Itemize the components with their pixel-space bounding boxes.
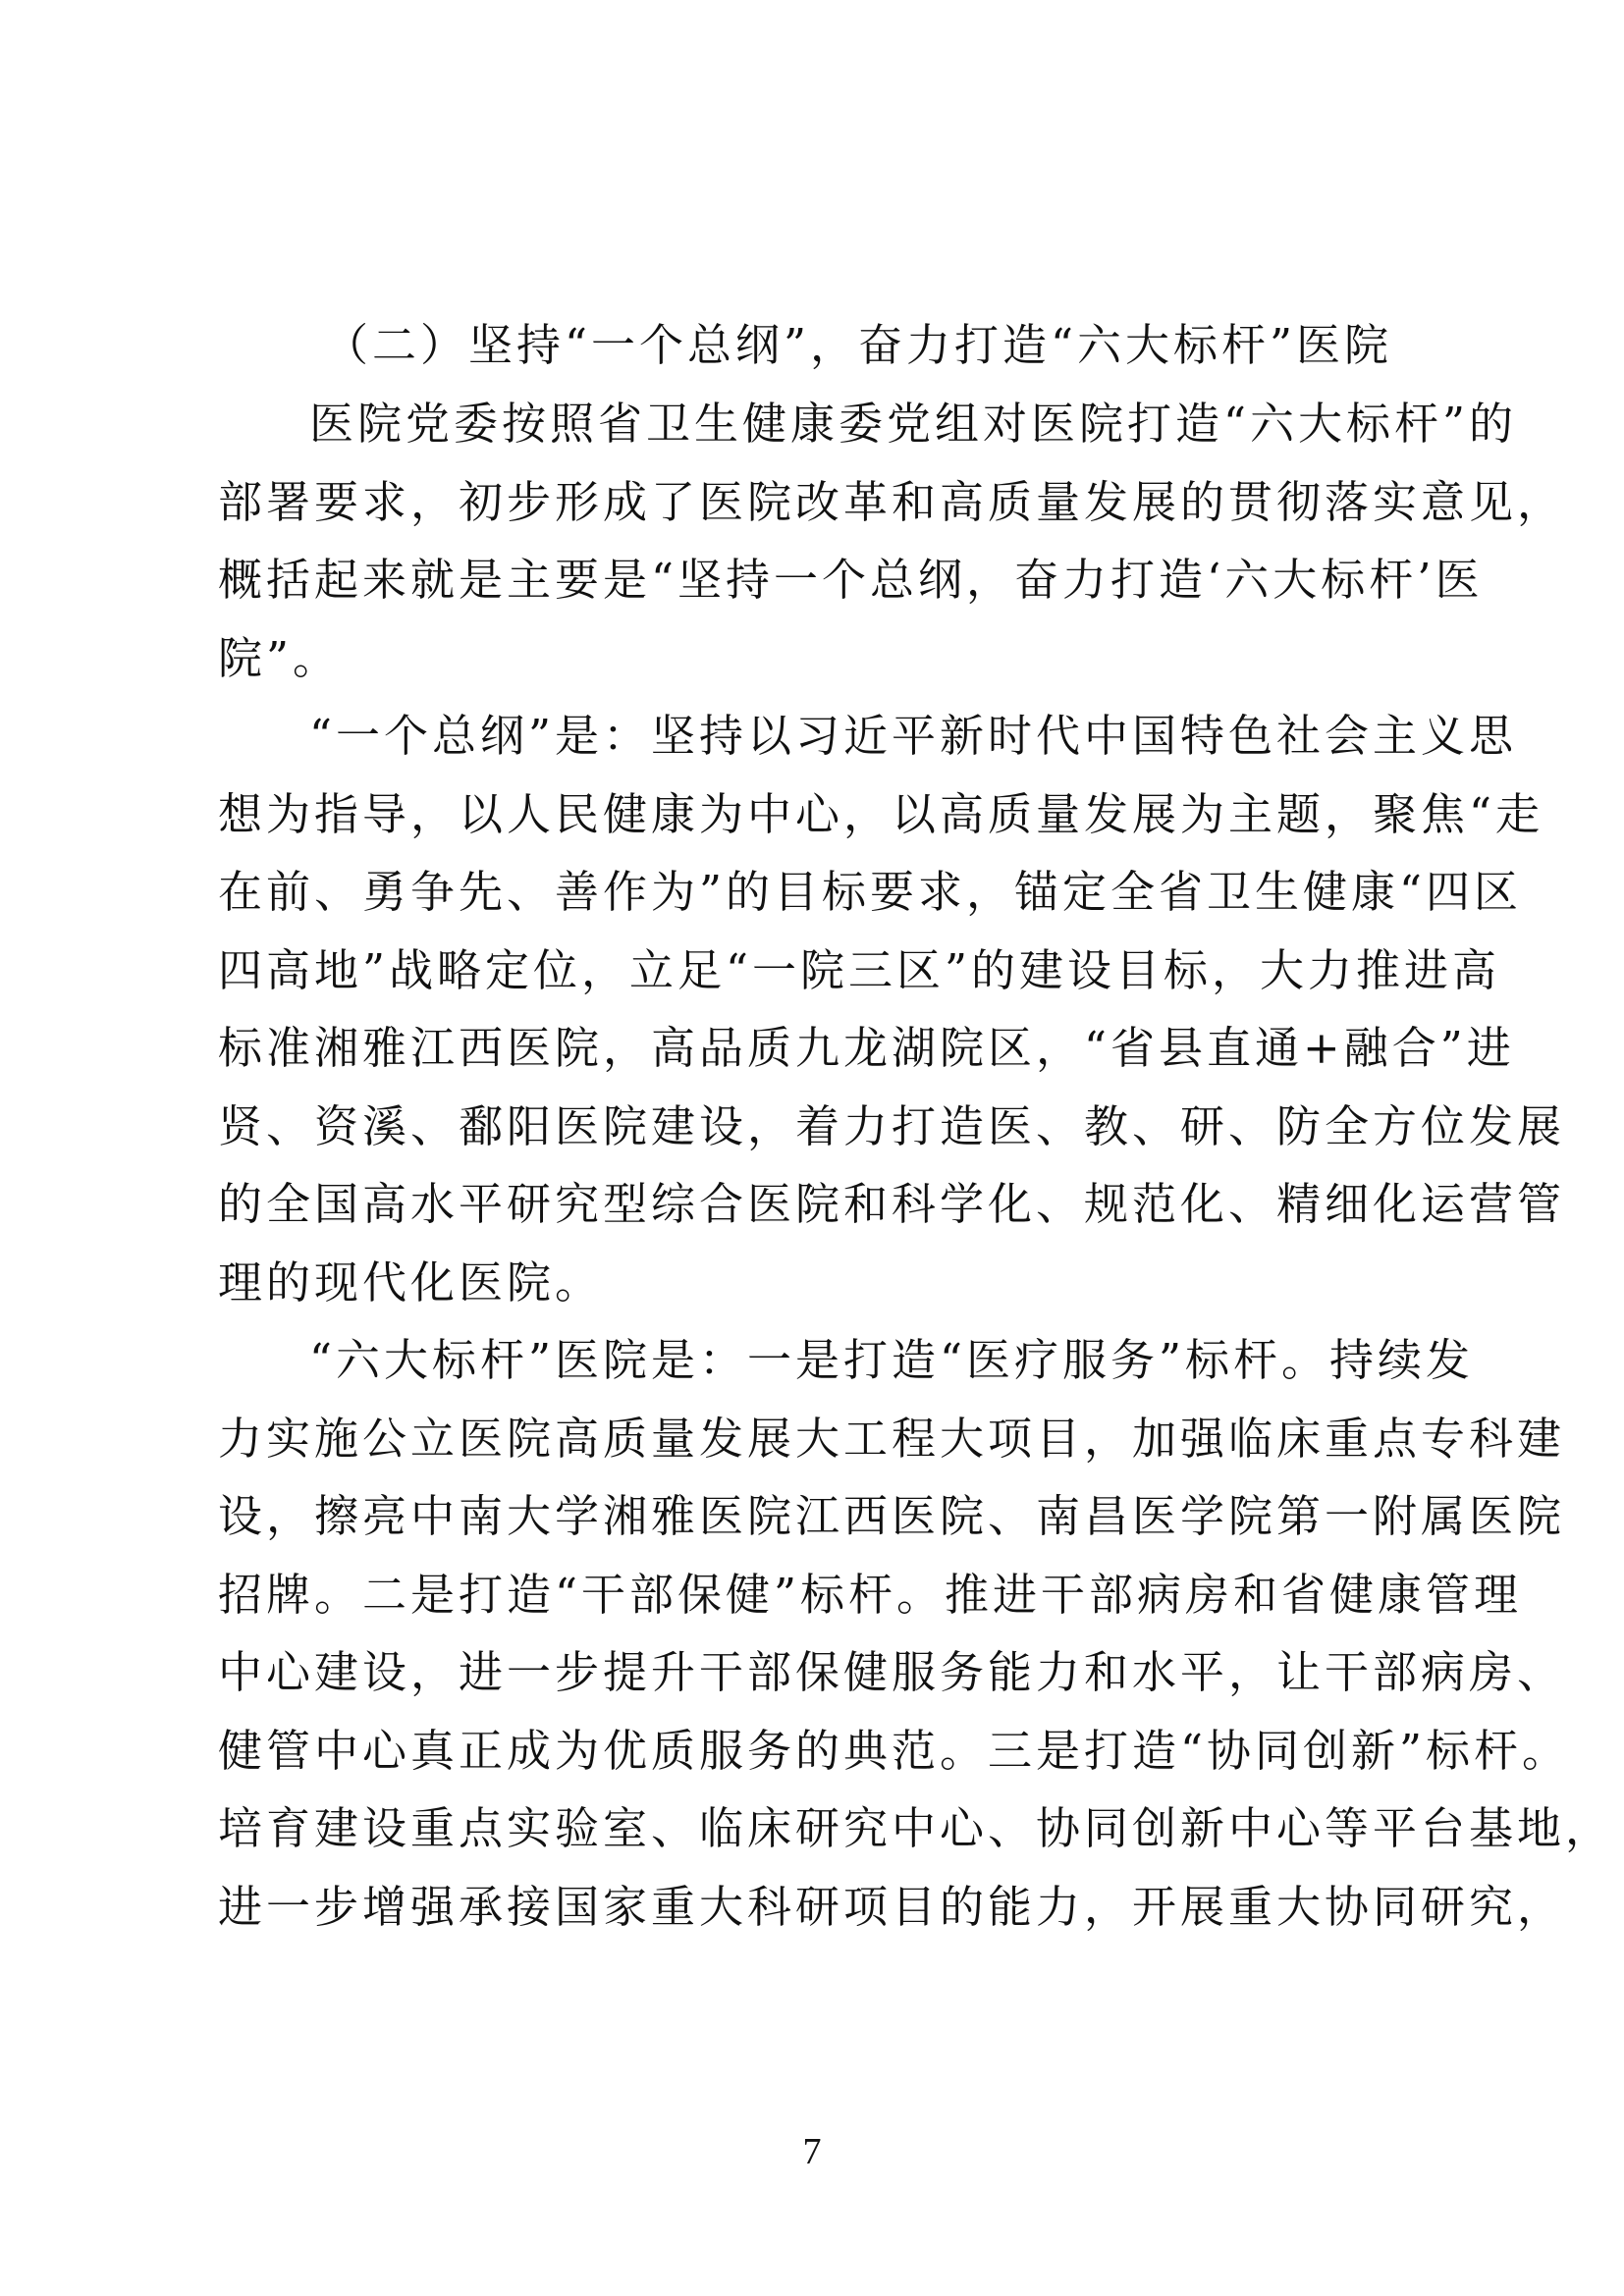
text-line: 院”。 — [218, 619, 1418, 698]
text-line: “一个总纲”是：坚持以习近平新时代中国特色社会主义思 — [218, 697, 1418, 775]
section-heading: （二）坚持“一个总纲”，奋力打造“六大标杆”医院 — [218, 306, 1418, 385]
page-number: 7 — [0, 2130, 1624, 2173]
text-line: 在前、勇争先、善作为”的目标要求，锚定全省卫生健康“四区 — [218, 853, 1418, 932]
text-line: 力实施公立医院高质量发展大工程大项目，加强临床重点专科建 — [218, 1400, 1418, 1478]
text-line: 医院党委按照省卫生健康委党组对医院打造“六大标杆”的 — [218, 385, 1418, 463]
text-line: 健管中心真正成为优质服务的典范。三是打造“协同创新”标杆。 — [218, 1712, 1418, 1790]
text-line: 培育建设重点实验室、临床研究中心、协同创新中心等平台基地， — [218, 1789, 1418, 1868]
paragraph-intro: 医院党委按照省卫生健康委党组对医院打造“六大标杆”的 部署要求，初步形成了医院改… — [218, 385, 1418, 697]
paragraph-general-outline: “一个总纲”是：坚持以习近平新时代中国特色社会主义思 想为指导，以人民健康为中心… — [218, 697, 1418, 1321]
text-line: “六大标杆”医院是：一是打造“医疗服务”标杆。持续发 — [218, 1321, 1418, 1400]
text-line: 中心建设，进一步提升干部保健服务能力和水平，让干部病房、 — [218, 1633, 1418, 1712]
text-line: 理的现代化医院。 — [218, 1244, 1418, 1322]
text-line: 的全国高水平研究型综合医院和科学化、规范化、精细化运营管 — [218, 1165, 1418, 1244]
text-line: 贤、资溪、鄱阳医院建设，着力打造医、教、研、防全方位发展 — [218, 1088, 1418, 1166]
text-line: 设，擦亮中南大学湘雅医院江西医院、南昌医学院第一附属医院 — [218, 1477, 1418, 1556]
text-line: 四高地”战略定位，立足“一院三区”的建设目标，大力推进高 — [218, 932, 1418, 1010]
text-line: 部署要求，初步形成了医院改革和高质量发展的贯彻落实意见， — [218, 463, 1418, 542]
page-body: （二）坚持“一个总纲”，奋力打造“六大标杆”医院 医院党委按照省卫生健康委党组对… — [218, 306, 1418, 1946]
text-line: 进一步增强承接国家重大科研项目的能力，开展重大协同研究， — [218, 1868, 1418, 1947]
text-line: 招牌。二是打造“干部保健”标杆。推进干部病房和省健康管理 — [218, 1556, 1418, 1634]
document-page: （二）坚持“一个总纲”，奋力打造“六大标杆”医院 医院党委按照省卫生健康委党组对… — [0, 0, 1624, 2296]
text-line: 标准湘雅江西医院，高品质九龙湖院区，“省县直通+融合”进 — [218, 1009, 1418, 1088]
text-line: 想为指导，以人民健康为中心，以高质量发展为主题，聚焦“走 — [218, 775, 1418, 854]
text-line: 概括起来就是主要是“坚持一个总纲，奋力打造‘六大标杆’医 — [218, 541, 1418, 619]
paragraph-six-benchmarks: “六大标杆”医院是：一是打造“医疗服务”标杆。持续发 力实施公立医院高质量发展大… — [218, 1321, 1418, 1946]
